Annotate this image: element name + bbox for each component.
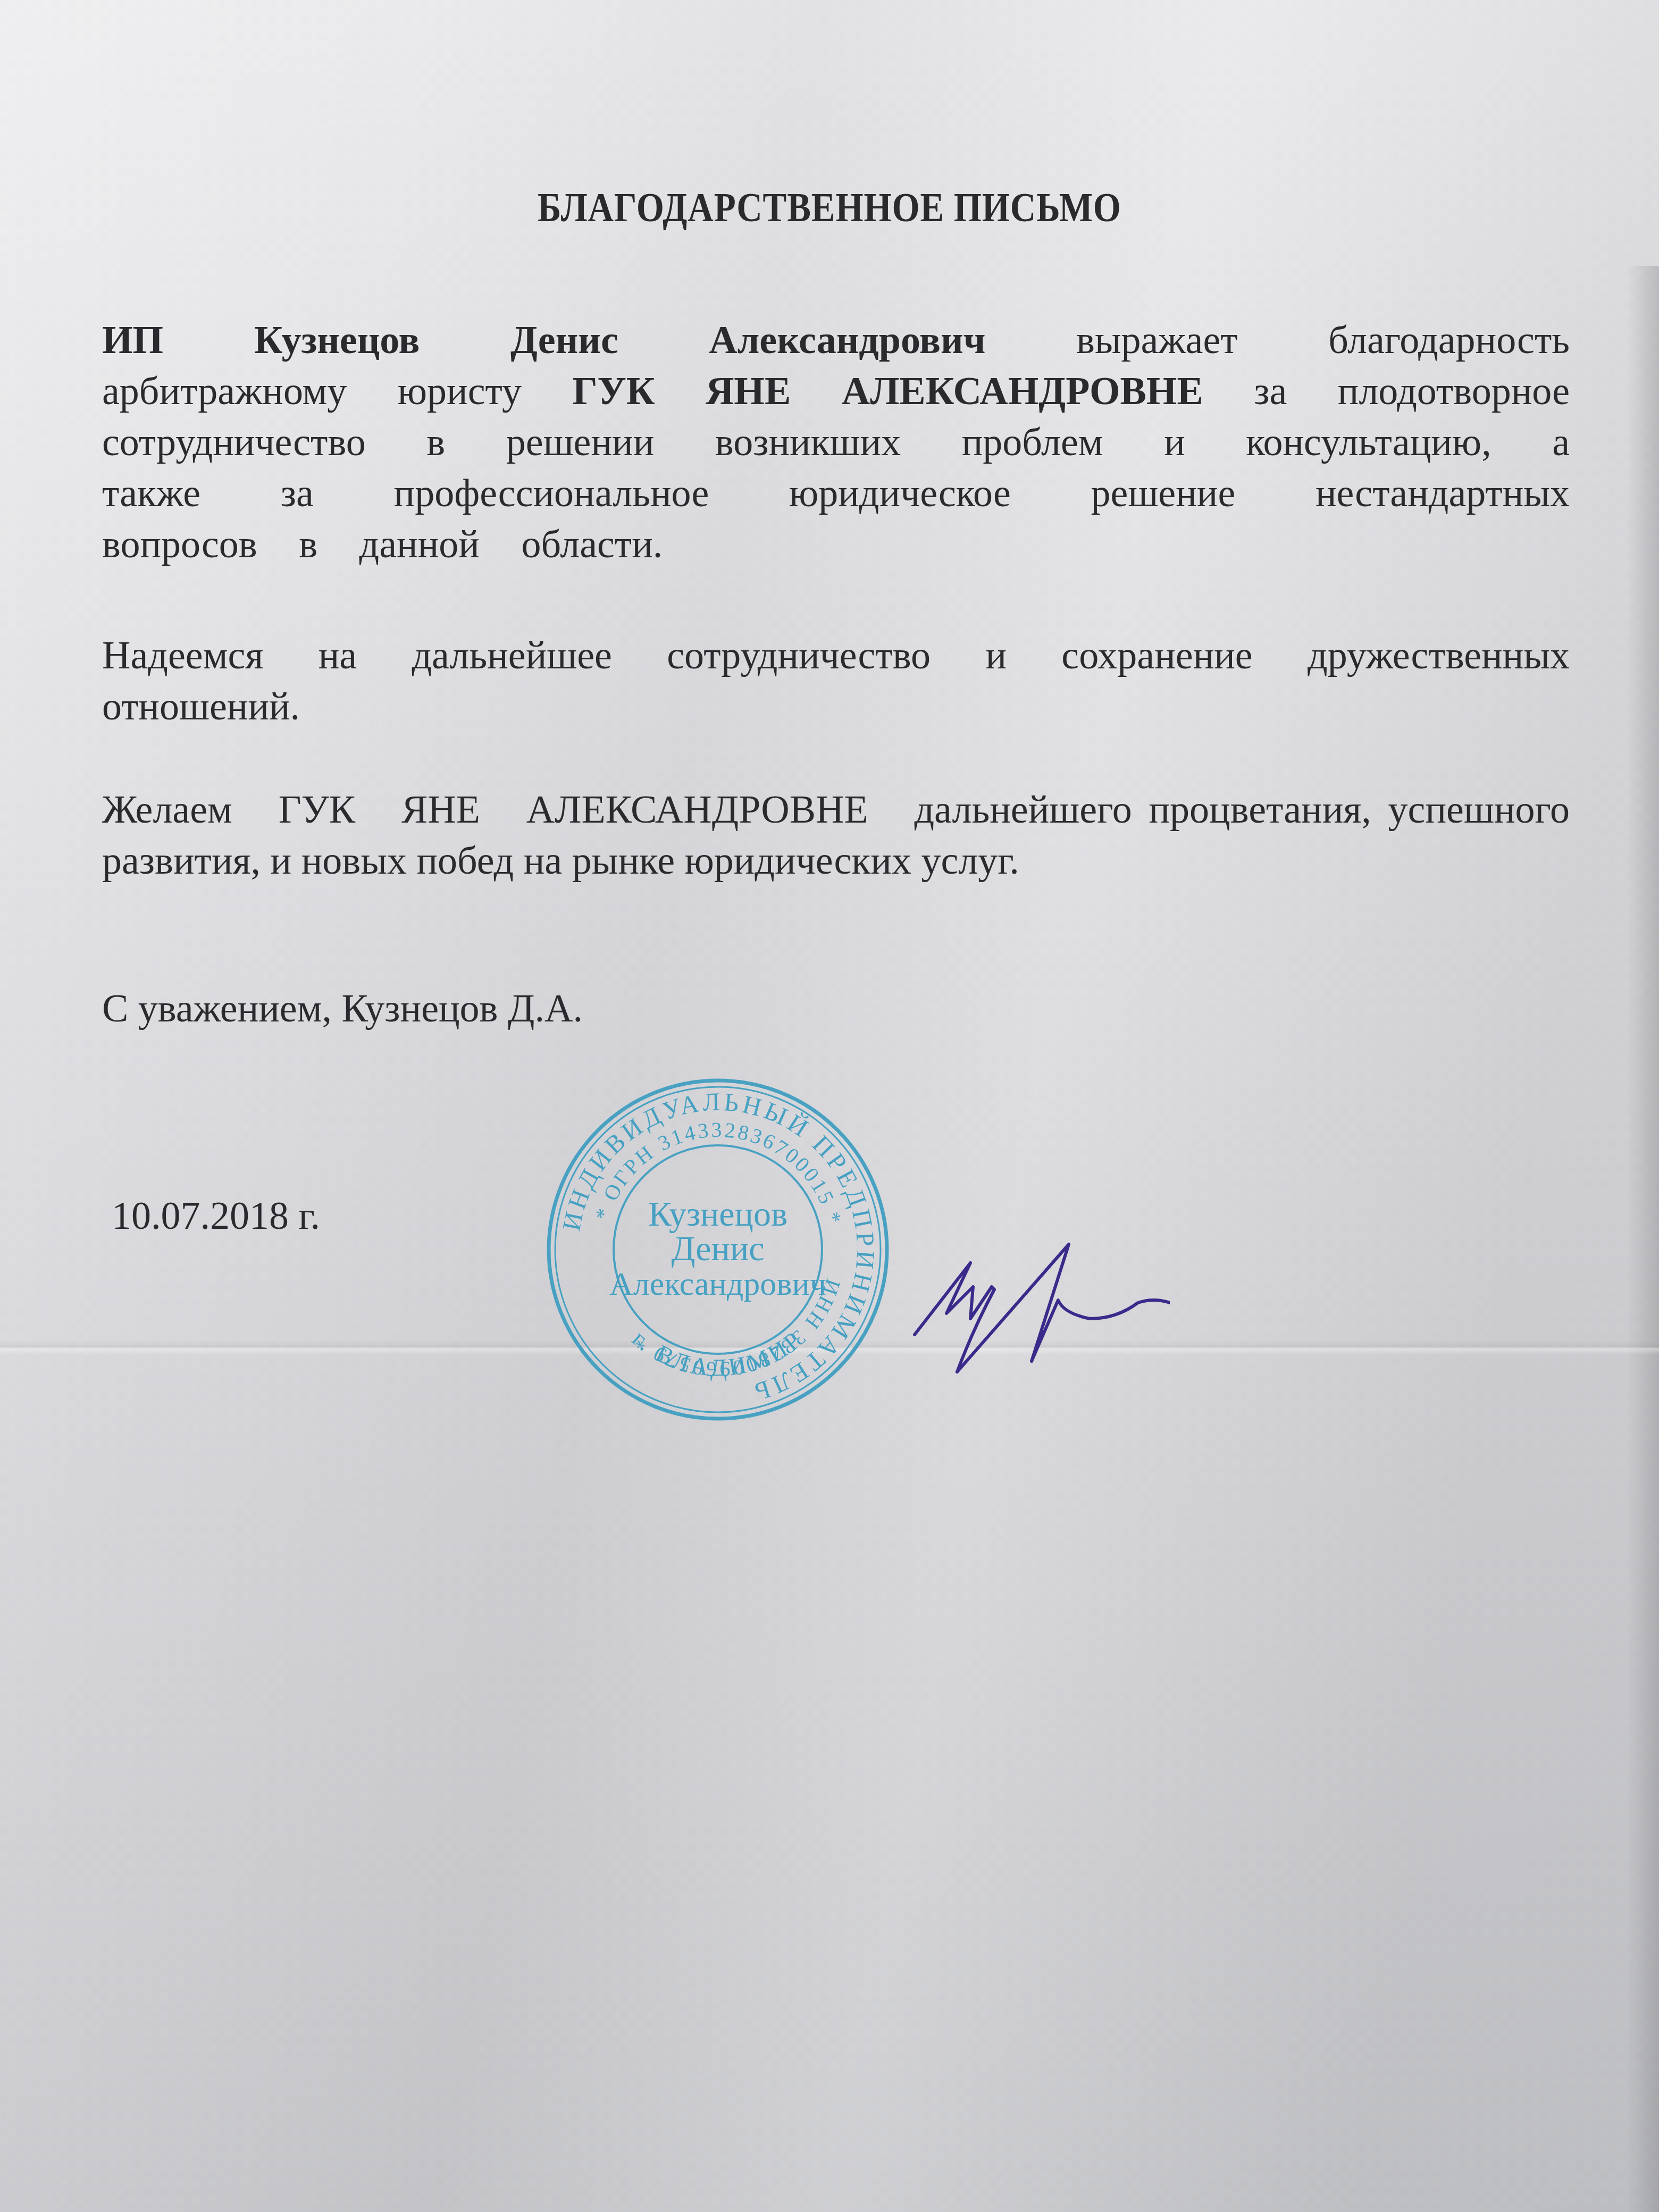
sender-prefix: ИП xyxy=(102,319,163,362)
paper-edge-shadow xyxy=(1627,266,1659,2212)
closing-signoff: С уважением, Кузнецов Д.А. xyxy=(102,986,583,1032)
paragraph-wishes: Желаем ГУК ЯНЕ АЛЕКСАНДРОВНЕ дальнейшего… xyxy=(102,784,1570,886)
stamp-seal: ИНДИВИДУАЛЬНЫЙ ПРЕДПРИНИМАТЕЛЬ * ОГРН 31… xyxy=(542,1074,893,1425)
sender-name: Кузнецов Денис Александрович xyxy=(254,319,986,362)
paragraph-gratitude: ИП Кузнецов Денис Александрович выражает… xyxy=(102,315,1570,570)
recipient-name: ГУК ЯНЕ АЛЕКСАНДРОВНЕ xyxy=(572,370,1203,413)
stamp-center-line1: Кузнецов xyxy=(648,1195,787,1234)
wishes-text-a: Желаем xyxy=(102,788,232,832)
wishes-recipient-name: ГУК ЯНЕ АЛЕКСАНДРОВНЕ xyxy=(279,788,868,832)
stamp-center-line3: Александрович xyxy=(609,1266,826,1302)
handwritten-signature xyxy=(904,1223,1170,1382)
document-title: БЛАГОДАРСТВЕННОЕ ПИСЬМО xyxy=(116,183,1543,231)
paragraph-hope: Надеемся на дальнейшее сотрудничество и … xyxy=(102,630,1570,732)
stamp-center-line2: Денис xyxy=(671,1229,764,1268)
document-date: 10.07.2018 г. xyxy=(112,1194,320,1239)
